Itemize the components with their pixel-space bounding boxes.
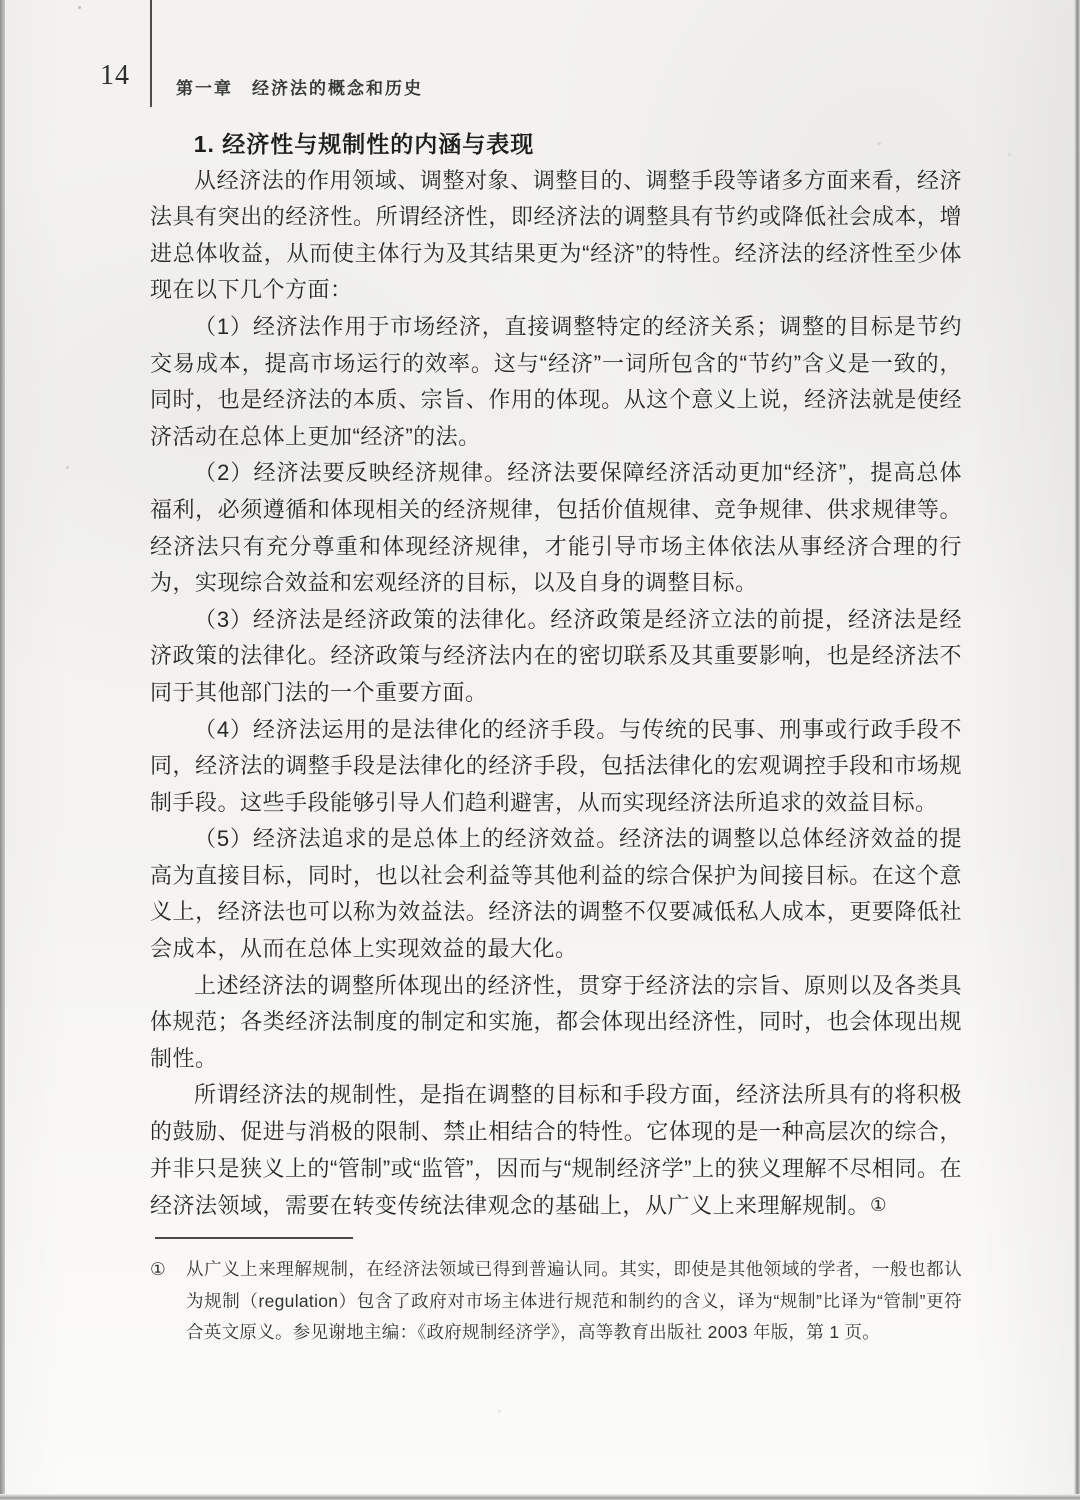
footnote-marker: ① [150,1254,186,1286]
footnote-reference-mark: ① [870,1194,887,1215]
paragraph-item-4: （4）经济法运用的是法律化的经济手段。与传统的民事、刑事或行政手段不同，经济法的… [150,712,962,822]
section-heading: 1. 经济性与规制性的内涵与表现 [150,126,962,163]
paragraph-summary: 上述经济法的调整所体现出的经济性，贯穿于经济法的宗旨、原则以及各类具体规范；各类… [150,968,962,1078]
page-header: 14 第一章 经济法的概念和历史 [0,0,1080,110]
page-number: 14 [100,60,130,92]
book-page: 14 第一章 经济法的概念和历史 1. 经济性与规制性的内涵与表现 从经济法的作… [0,0,1080,1500]
paragraph-regulation: 所谓经济法的规制性，是指在调整的目标和手段方面，经济法所具有的将积极的鼓励、促进… [150,1077,962,1224]
scan-edge-left [0,0,5,1500]
footnote-divider [155,1237,353,1239]
paragraph-item-2: （2）经济法要反映经济规律。经济法要保障经济活动更加“经济”，提高总体福利，必须… [150,455,962,601]
paragraph-item-3: （3）经济法是经济政策的法律化。经济政策是经济立法的前提，经济法是经济政策的法律… [150,602,962,712]
scan-edge-right [1074,0,1080,1500]
paragraph-item-1: （1）经济法作用于市场经济，直接调整特定的经济关系；调整的目标是节约交易成本，提… [150,309,962,455]
footnote-text: 从广义上来理解规制，在经济法领域已得到普遍认同。其实，即使是其他领域的学者，一般… [186,1254,962,1349]
scan-edge-bottom [0,1494,1080,1500]
paragraph-regulation-text: 所谓经济法的规制性，是指在调整的目标和手段方面，经济法所具有的将积极的鼓励、促进… [150,1082,962,1218]
paragraph-item-5: （5）经济法追求的是总体上的经济效益。经济法的调整以总体经济效益的提高为直接目标… [150,821,962,967]
paragraph-intro: 从经济法的作用领域、调整对象、调整目的、调整手段等诸多方面来看，经济法具有突出的… [150,163,962,309]
footnote: ① 从广义上来理解规制，在经济法领域已得到普遍认同。其实，即使是其他领域的学者，… [150,1254,962,1349]
header-divider-rule [150,0,152,107]
chapter-title: 第一章 经济法的概念和历史 [176,74,423,99]
page-body: 1. 经济性与规制性的内涵与表现 从经济法的作用领域、调整对象、调整目的、调整手… [150,126,962,1225]
